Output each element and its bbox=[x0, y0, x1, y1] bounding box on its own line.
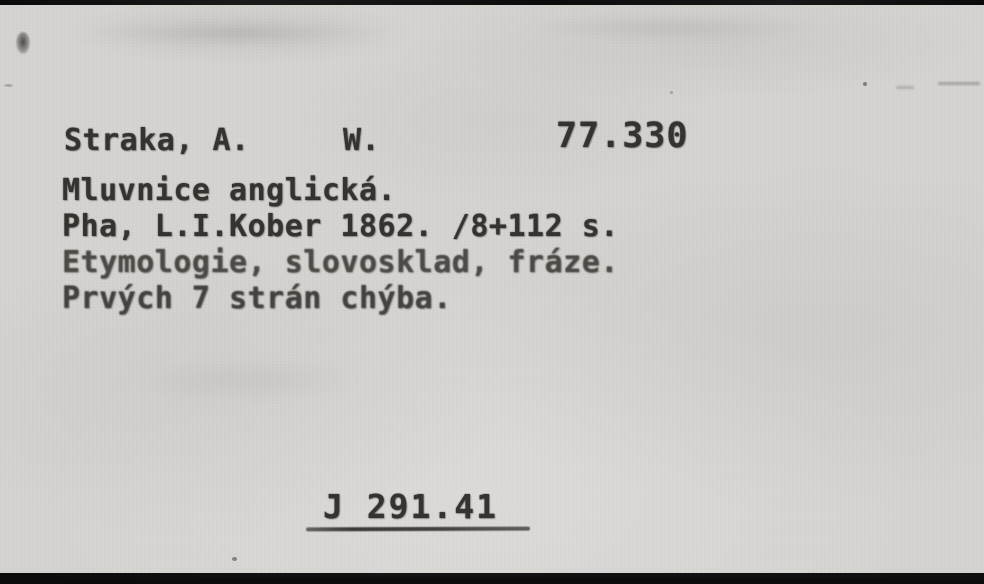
catalog-card-scan: Straka, A. W. 77.330 Mluvnice anglická. … bbox=[0, 0, 984, 584]
paper-speck bbox=[863, 82, 867, 86]
paper-speck bbox=[670, 91, 673, 94]
paper-smudge-top-right bbox=[520, 16, 820, 40]
call-number: J 291.41 bbox=[323, 489, 498, 525]
scan-edge-top bbox=[0, 0, 984, 5]
paper-smudge-top-left bbox=[80, 20, 390, 46]
call-number-underline bbox=[306, 527, 530, 532]
subject-line: Etymologie, slovosklad, fráze. bbox=[62, 246, 619, 279]
title-line: Mluvnice anglická. bbox=[62, 174, 396, 207]
imprint-line: Pha, L.I.Kober 1862. /8+112 s. bbox=[62, 210, 619, 243]
scan-edge-bottom bbox=[0, 573, 984, 584]
note-line: Prvých 7 strán chýba. bbox=[62, 282, 452, 315]
paper-speck bbox=[4, 84, 13, 87]
section-letter: W. bbox=[343, 124, 380, 157]
pencil-dash-right-small bbox=[896, 86, 914, 89]
ink-blot bbox=[16, 32, 30, 54]
author-heading: Straka, A. bbox=[64, 124, 250, 157]
pencil-dash-right bbox=[938, 82, 980, 85]
shelf-number: 77.330 bbox=[556, 117, 688, 156]
paper-speck bbox=[232, 557, 237, 561]
paper-smudge-middle bbox=[140, 360, 360, 400]
